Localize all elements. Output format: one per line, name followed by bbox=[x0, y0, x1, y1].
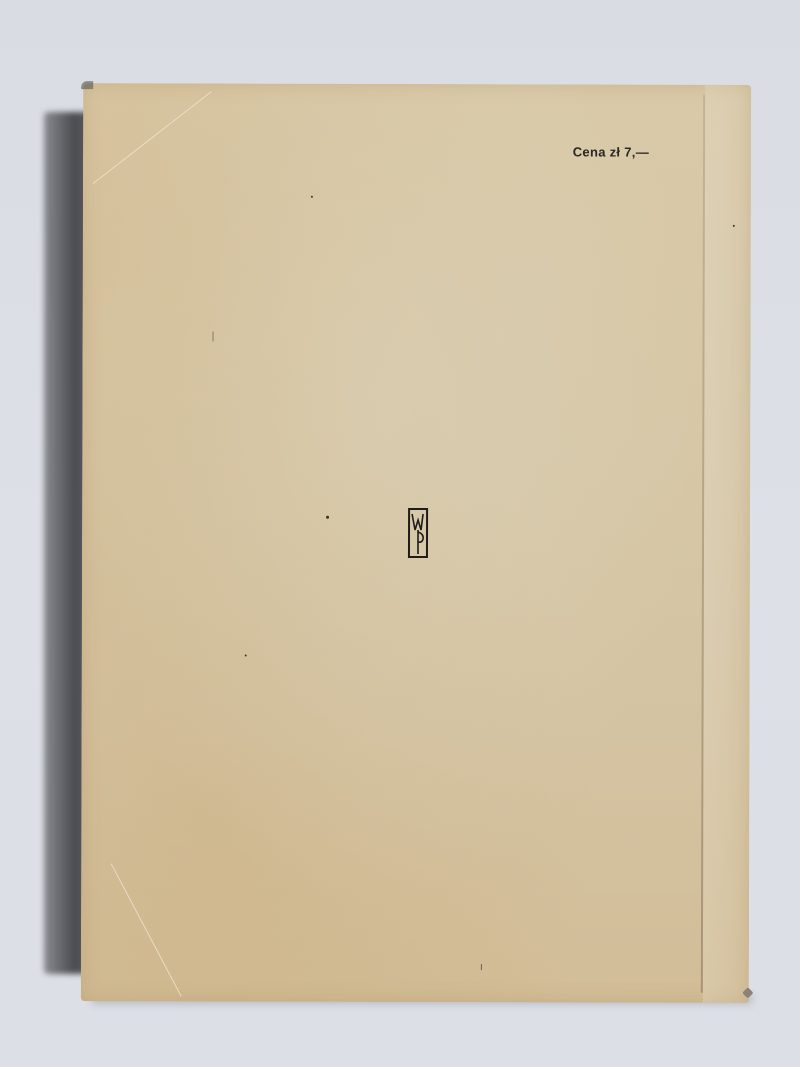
paper-mark bbox=[213, 331, 214, 341]
paper-speck bbox=[326, 516, 329, 519]
paper-mark bbox=[481, 964, 482, 970]
publisher-logo-icon bbox=[408, 508, 428, 558]
price-label: Cena zł 7,— bbox=[573, 144, 649, 159]
paper-speck bbox=[733, 225, 735, 227]
paper-speck bbox=[311, 196, 313, 198]
book-back-cover: Cena zł 7,— bbox=[81, 83, 751, 1003]
spine-strip bbox=[703, 85, 751, 1003]
corner-crease-top bbox=[93, 91, 212, 184]
wp-monogram-icon bbox=[410, 510, 426, 556]
corner-crease-bottom bbox=[111, 863, 182, 996]
paper-speck bbox=[245, 655, 247, 657]
